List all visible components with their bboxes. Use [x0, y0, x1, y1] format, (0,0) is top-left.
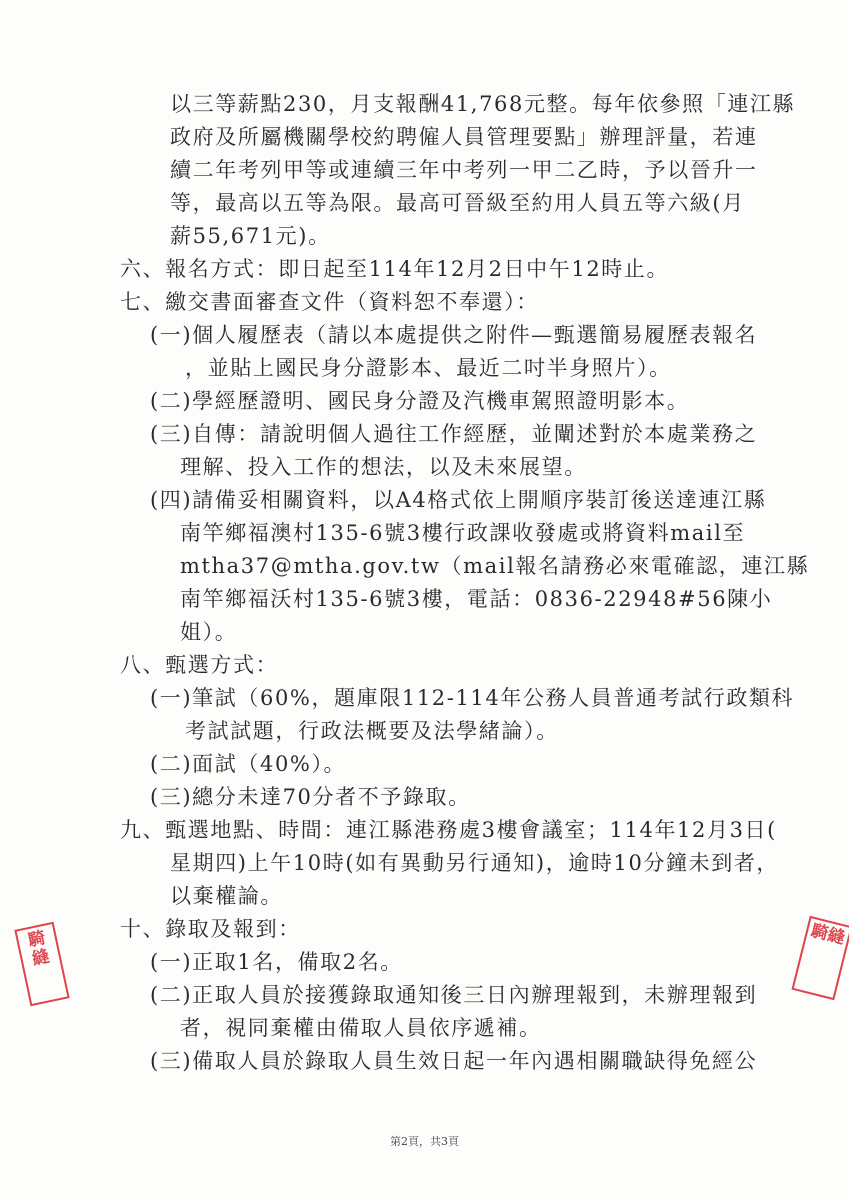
- text-line: (二)面試（40%）。: [150, 748, 346, 781]
- text-line: 八、甄選方式：: [120, 649, 278, 682]
- text-line: mtha37@mtha.gov.tw（mail報名請務必來電確認，連江縣: [180, 550, 809, 583]
- text-line: 六、報名方式：即日起至114年12月2日中午12時止。: [120, 253, 669, 286]
- text-line: ，並貼上國民身分證影本、最近二吋半身照片）。: [185, 352, 672, 385]
- document-page: 以三等薪點230，月支報酬41,768元整。每年依參照「連江縣政府及所屬機關學校…: [0, 0, 849, 1200]
- seal-stamp-left: 騎縫: [14, 922, 69, 1007]
- text-line: 九、甄選地點、時間：連江縣港務處3樓會議室；114年12月3日(: [120, 814, 777, 847]
- text-line: (一)個人履歷表（請以本處提供之附件—甄選簡易履歷表報名: [150, 319, 757, 352]
- text-line: 理解、投入工作的想法，以及未來展望。: [180, 451, 587, 484]
- text-line: (三)備取人員於錄取人員生效日起一年內遇相關職缺得免經公: [150, 1045, 757, 1078]
- text-line: 考試試題，行政法概要及法學緒論）。: [185, 715, 559, 748]
- text-line: 星期四)上午10時(如有異動另行通知)，逾時10分鐘未到者，: [170, 847, 779, 880]
- text-line: 等，最高以五等為限。最高可晉級至約用人員五等六級(月: [170, 187, 745, 220]
- text-line: (二)正取人員於接獲錄取通知後三日內辦理報到，未辦理報到: [150, 979, 757, 1012]
- text-line: 薪55,671元)。: [170, 220, 331, 253]
- text-line: (一)筆試（60%，題庫限112-114年公務人員普通考試行政類科: [150, 682, 794, 715]
- text-line: 南竿鄉福澳村135-6號3樓行政課收發處或將資料mail至: [180, 517, 745, 550]
- text-line: 七、繳交書面審查文件（資料恕不奉還）：: [120, 286, 539, 319]
- text-line: (三)總分未達70分者不予錄取。: [150, 781, 471, 814]
- seal-stamp-right: 騎縫: [791, 916, 849, 1000]
- text-line: 政府及所屬機關學校約聘僱人員管理要點」辦理評量，若連: [170, 121, 758, 154]
- text-line: (二)學經歷證明、國民身分證及汽機車駕照證明影本。: [150, 385, 689, 418]
- text-line: (一)正取1名，備取2名。: [150, 946, 403, 979]
- page-number-footer: 第2頁，共3頁: [0, 1133, 849, 1149]
- text-line: 十、錄取及報到：: [120, 913, 301, 946]
- text-line: (四)請備妥相關資料，以A4格式依上開順序裝訂後送達連江縣: [150, 484, 766, 517]
- text-line: 以三等薪點230，月支報酬41,768元整。每年依參照「連江縣: [170, 88, 795, 121]
- text-line: (三)自傳：請說明個人過往工作經歷，並闡述對於本處業務之: [150, 418, 757, 451]
- text-line: 南竿鄉福沃村135-6號3樓，電話：0836-22948#56陳小: [180, 583, 772, 616]
- text-line: 以棄權論。: [170, 880, 283, 913]
- text-line: 者，視同棄權由備取人員依序遞補。: [180, 1012, 542, 1045]
- text-line: 姐）。: [180, 616, 237, 649]
- text-line: 續二年考列甲等或連續三年中考列一甲二乙時，予以晉升一: [170, 154, 758, 187]
